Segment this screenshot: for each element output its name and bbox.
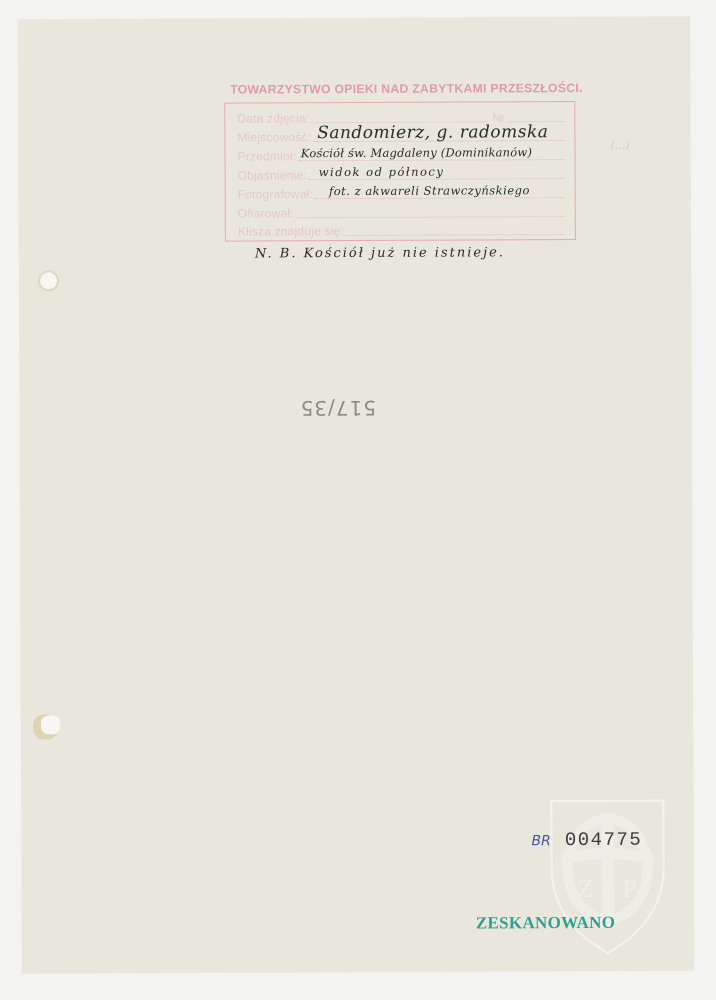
archive-card: TOWARZYSTWO OPIEKI NAD ZABYTKAMI PRZESZŁ… — [18, 17, 694, 974]
number-line — [508, 107, 564, 122]
field-description: Objaśnienie: widok od północy — [238, 164, 565, 182]
pencil-catalog-mark: 517/35 — [300, 396, 376, 420]
handwritten-value: widok od północy — [319, 165, 445, 180]
field-subject: Przedmiot: Kościół św. Magdaleny (Domini… — [237, 145, 564, 163]
field-photographer: Fotografował: fot. z akwareli Strawczyńs… — [238, 183, 565, 201]
field-line: fot. z akwareli Strawczyńskiego — [315, 183, 565, 199]
field-line — [346, 220, 565, 236]
field-label: Fotografował: — [238, 187, 313, 201]
inventory-value: 004775 — [565, 829, 643, 851]
field-donor: Ofiarował: — [238, 202, 565, 220]
field-line — [296, 202, 565, 218]
field-label: Data zdjęcia: — [237, 111, 309, 125]
svg-text:P: P — [622, 874, 637, 903]
punch-hole-top — [40, 272, 57, 289]
inventory-number: BR 004775 — [531, 829, 642, 851]
inventory-prefix: BR — [531, 833, 550, 849]
faint-margin-note: (...) — [610, 139, 629, 152]
field-line: widok od północy — [309, 164, 565, 180]
handwritten-value: fot. z akwareli Strawczyńskiego — [329, 183, 530, 198]
field-label: Ofiarował: — [238, 206, 294, 220]
stamp-form: Data zdjęcia: № Miejscowość: Sandomierz,… — [224, 101, 576, 242]
field-label: Objaśnienie: — [238, 168, 307, 182]
field-line: Sandomierz, g. radomska — [313, 126, 564, 142]
field-label: Miejscowość: — [237, 130, 311, 144]
field-line — [311, 107, 488, 123]
field-place: Miejscowość: Sandomierz, g. radomska — [237, 126, 564, 144]
stamp-title: TOWARZYSTWO OPIEKI NAD ZABYTKAMI PRZESZŁ… — [230, 81, 600, 97]
punch-hole-bottom — [41, 715, 60, 734]
field-line: Kościół św. Magdaleny (Dominikanów) — [299, 145, 565, 161]
field-label: Przedmiot: — [237, 149, 296, 163]
field-negative-location: Klisza znajduje się: — [238, 220, 565, 238]
nb-note: N. B. Kościół już nie istnieje. — [255, 245, 505, 261]
handwritten-value: Kościół św. Magdaleny (Dominikanów) — [301, 145, 532, 160]
handwritten-value: Sandomierz, g. radomska — [317, 122, 548, 143]
field-label: Klisza znajduje się: — [238, 224, 344, 238]
svg-text:Z: Z — [578, 874, 594, 903]
scanned-stamp: ZESKANOWANO — [476, 913, 615, 934]
